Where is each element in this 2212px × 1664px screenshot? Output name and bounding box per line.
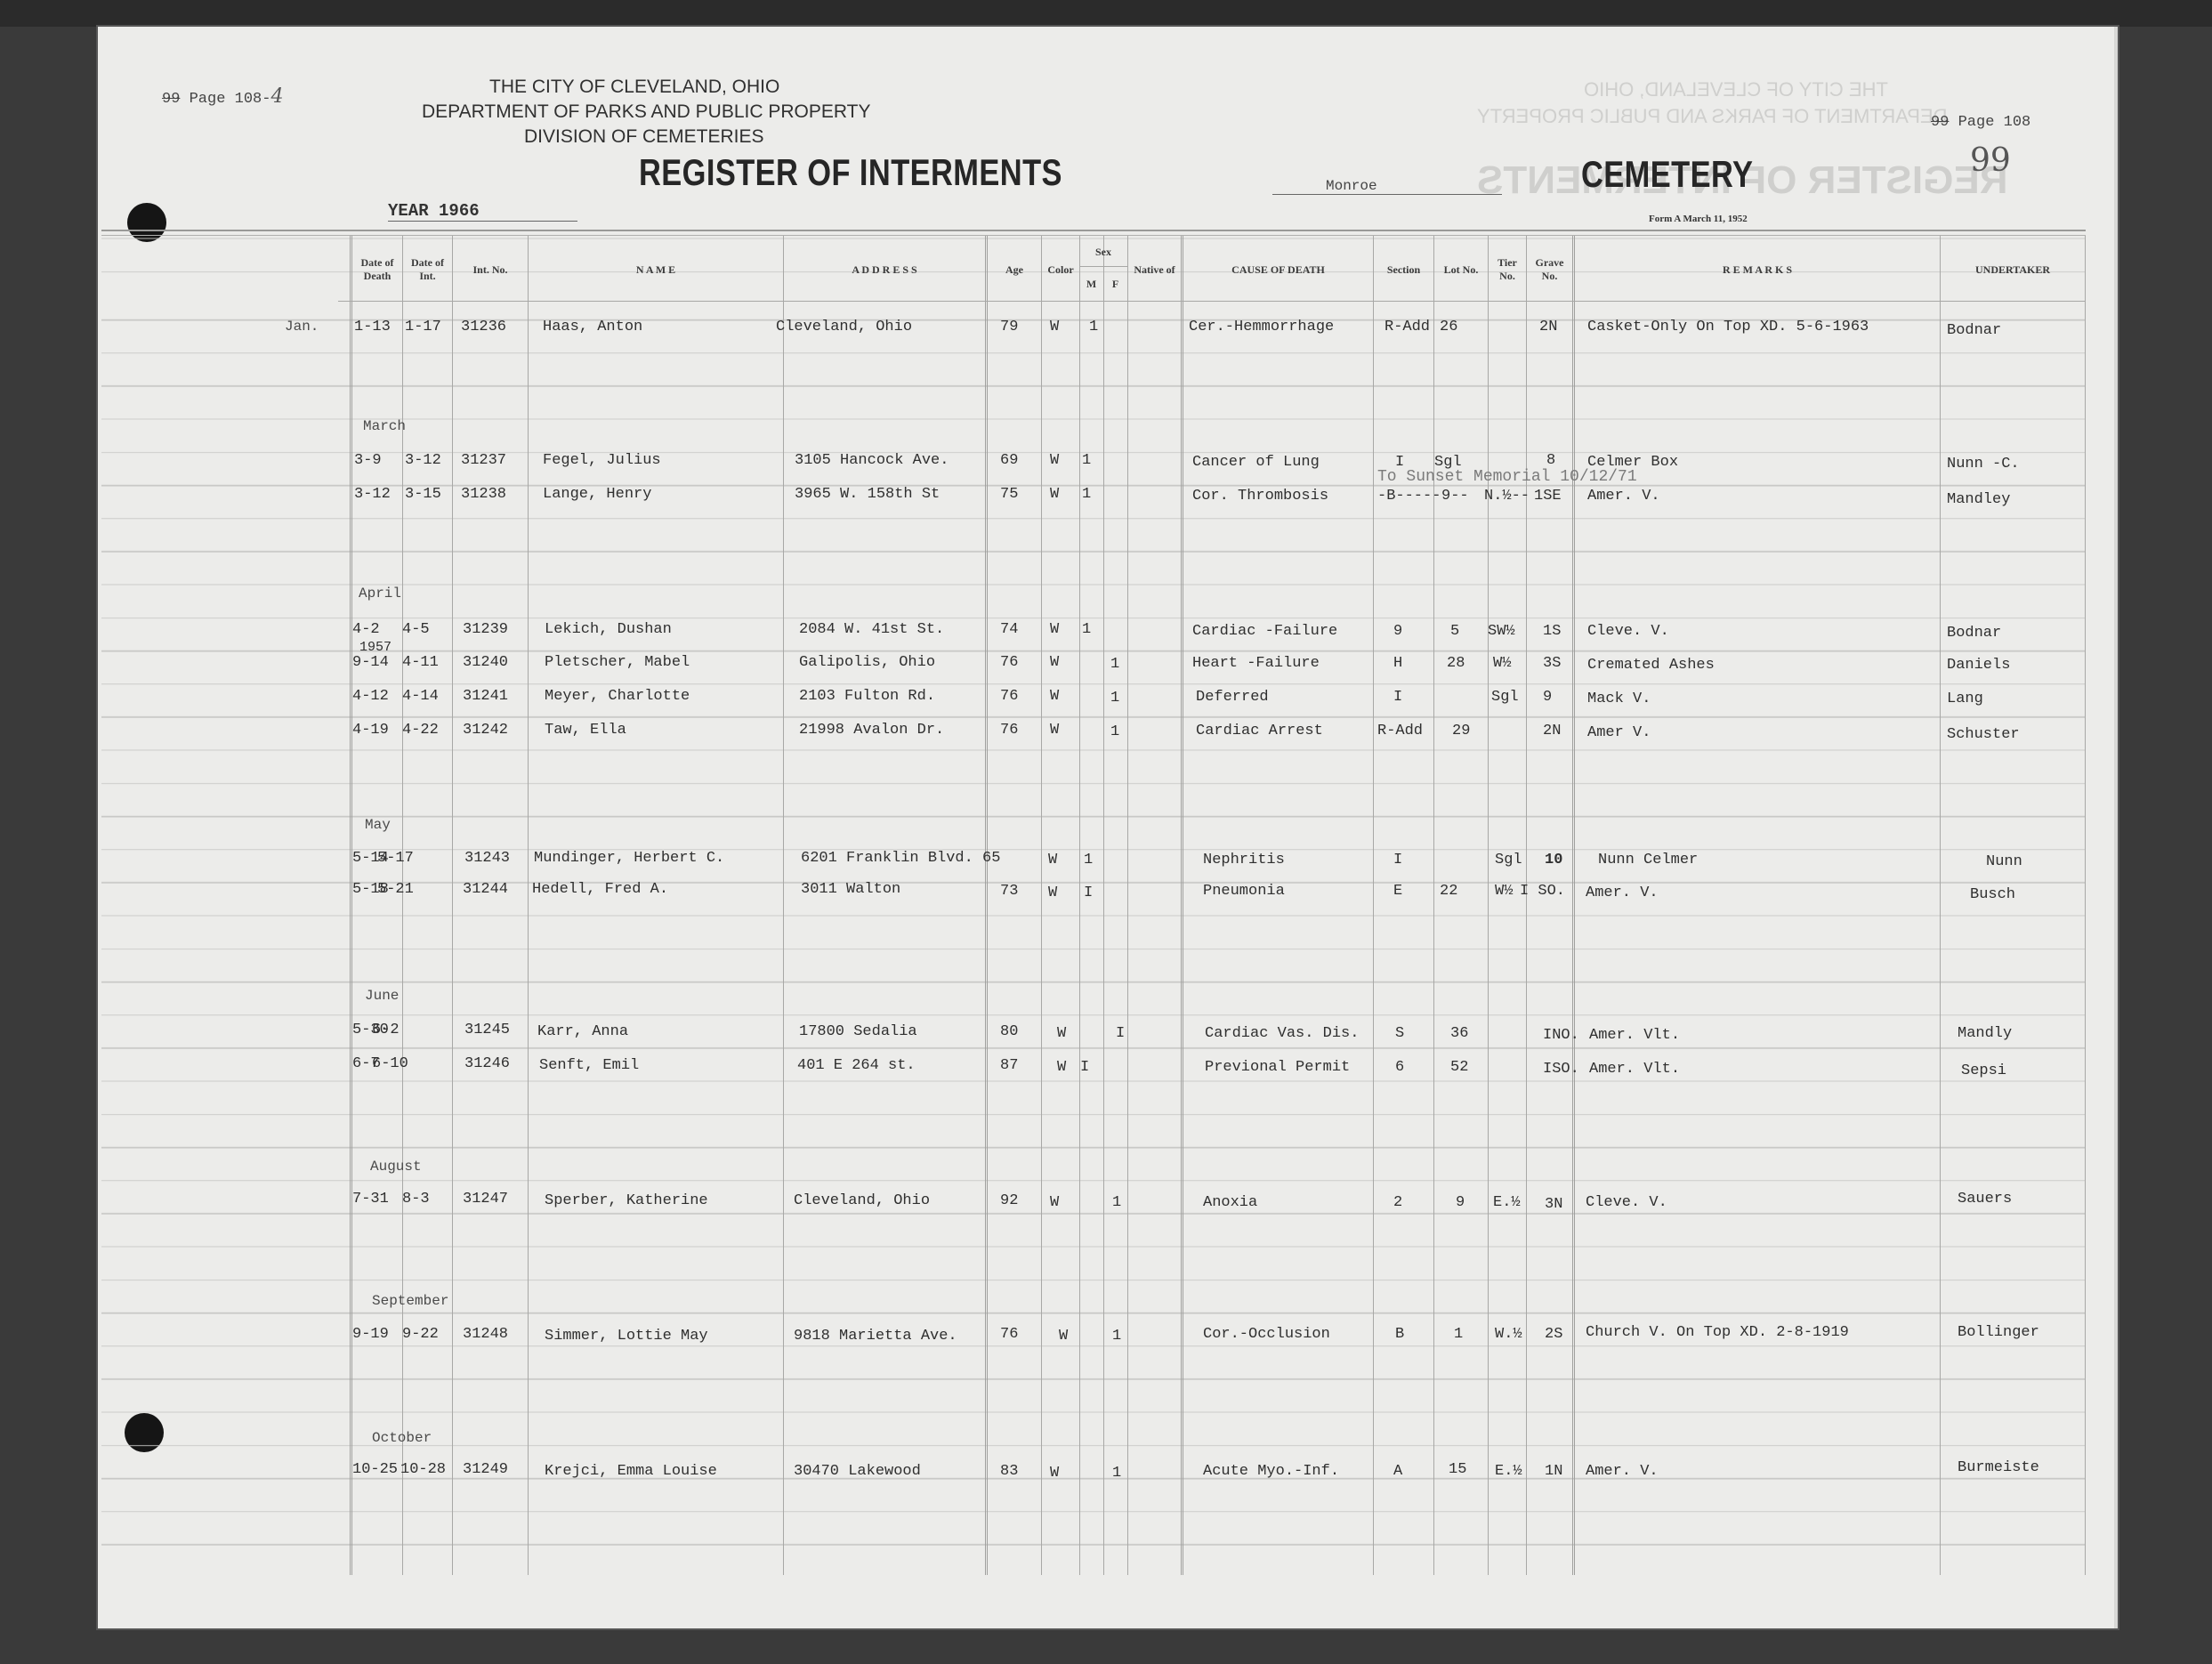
address: 401 E 264 st.: [797, 1057, 916, 1075]
cause-of-death: Deferred: [1196, 689, 1269, 707]
name: Meyer, Charlotte: [545, 688, 690, 706]
sex-m: I: [1080, 1059, 1089, 1077]
cause-of-death: Nephritis: [1203, 852, 1285, 869]
remarks: Cleve. V.: [1587, 623, 1669, 641]
cause-of-death: Cor.-Occlusion: [1203, 1326, 1330, 1344]
col-header-grave-no: Grave No.: [1527, 238, 1572, 301]
grave-no: INO.: [1543, 1027, 1579, 1045]
age: 92: [1000, 1192, 1018, 1210]
lot-no: 15: [1449, 1461, 1466, 1479]
sex-f: 1: [1112, 1194, 1121, 1212]
column-divider: [452, 236, 453, 1575]
color: W: [1050, 688, 1059, 706]
date-of-int: 8-3: [402, 1191, 430, 1208]
lot-no: 52: [1450, 1059, 1468, 1077]
section: I: [1393, 689, 1402, 707]
name: Senft, Emil: [539, 1057, 639, 1075]
remarks: Amer. V.: [1587, 488, 1660, 505]
color: W: [1048, 885, 1057, 902]
remarks: Church V. On Top XD. 2-8-1919: [1586, 1324, 1849, 1342]
address: 2084 W. 41st St.: [799, 621, 944, 639]
age: 65: [982, 850, 1000, 868]
month-label-august: August: [370, 1159, 422, 1175]
undertaker: Bodnar: [1947, 322, 2001, 340]
int-no: 31242: [463, 722, 508, 739]
int-no: 31248: [463, 1326, 508, 1344]
undertaker: Bollinger: [1958, 1324, 2039, 1342]
month-label-may: May: [365, 817, 391, 833]
section: S: [1395, 1025, 1404, 1043]
col-header-int-no: Int. No.: [453, 238, 528, 301]
name: Hedell, Fred A.: [532, 881, 668, 899]
sex-f: 1: [1110, 690, 1119, 707]
section: H: [1393, 655, 1402, 673]
lot-no: 36: [1450, 1025, 1468, 1043]
sex-f: 1: [1112, 1328, 1121, 1345]
undertaker: Busch: [1970, 886, 2015, 904]
undertaker: Sauers: [1958, 1191, 2012, 1208]
name: Sperber, Katherine: [545, 1192, 708, 1210]
undertaker: Lang: [1947, 691, 1983, 708]
date-of-death: 1-13: [354, 319, 391, 336]
color: W: [1050, 621, 1059, 639]
int-no: 31238: [461, 486, 506, 504]
name: Lekich, Dushan: [545, 621, 672, 639]
name: Mundinger, Herbert C.: [534, 850, 724, 868]
section: A: [1393, 1463, 1402, 1481]
col-header-address: A D D R E S S: [784, 238, 985, 301]
grave-no: 1S: [1543, 623, 1561, 641]
section: R-Add: [1377, 723, 1423, 740]
col-header-sex-m: M: [1079, 267, 1103, 301]
age: 74: [1000, 621, 1018, 639]
color: W: [1050, 486, 1059, 504]
name: Krejci, Emma Louise: [545, 1463, 717, 1481]
tier-no: E.½: [1493, 1194, 1521, 1212]
table-top-rule: [101, 230, 2086, 236]
col-header-sex-f: F: [1103, 267, 1127, 301]
column-divider: [1079, 236, 1080, 1575]
tier-no: N.½--: [1484, 488, 1530, 505]
column-divider: [1488, 236, 1489, 1575]
color: W: [1050, 319, 1059, 336]
date-of-death: 3-12: [354, 486, 391, 504]
address: 3105 Hancock Ave.: [795, 452, 949, 470]
scan-border: [0, 0, 2212, 27]
col-header-lot-no: Lot No.: [1434, 238, 1488, 301]
column-divider: [528, 236, 529, 1575]
sex-m: 1: [1084, 852, 1093, 869]
cause-of-death: Cer.-Hemmorrhage: [1189, 319, 1334, 336]
column-divider: [1433, 236, 1434, 1575]
date-of-death: 4-19: [352, 722, 389, 739]
age: 76: [1000, 722, 1018, 739]
struck-page-number: 99: [162, 91, 180, 108]
grave-no: 3N: [1545, 1196, 1562, 1214]
color: W: [1057, 1025, 1066, 1043]
col-header-date-of-int: Date of Int.: [403, 238, 452, 301]
date-of-death: 4-12: [352, 688, 389, 706]
tier-no: W½: [1493, 655, 1511, 673]
remarks: Mack V.: [1587, 691, 1651, 708]
date-of-int: 5-17: [377, 850, 414, 868]
name: Taw, Ella: [545, 722, 626, 739]
age: 73: [1000, 883, 1018, 901]
form-note: Form A March 11, 1952: [1649, 214, 1748, 224]
cause-of-death: Heart -Failure: [1192, 655, 1320, 673]
page-reference-left: 99 Page 108-4: [162, 85, 283, 108]
address: 9818 Marietta Ave.: [794, 1328, 957, 1345]
color: W: [1057, 1059, 1066, 1077]
undertaker: Bodnar: [1947, 625, 2001, 642]
undertaker: Sepsi: [1961, 1062, 2006, 1080]
section: 9: [1393, 623, 1402, 641]
name: Karr, Anna: [537, 1023, 628, 1041]
age: 80: [1000, 1023, 1018, 1041]
tier-no: SW½: [1488, 623, 1515, 641]
address: 2103 Fulton Rd.: [799, 688, 935, 706]
column-divider: [1103, 236, 1104, 1575]
cause-of-death: Anoxia: [1203, 1194, 1257, 1212]
undertaker: Burmeiste: [1958, 1459, 2039, 1477]
int-no: 31243: [464, 850, 510, 868]
relocation-note: To Sunset Memorial 10/12/71: [1377, 468, 1637, 486]
col-header-undertaker: UNDERTAKER: [1941, 238, 2085, 301]
section: R-Add: [1385, 319, 1430, 336]
lot-no: 26: [1440, 319, 1457, 336]
section: I: [1393, 852, 1402, 869]
sex-f: 1: [1110, 656, 1119, 674]
cause-of-death: Cardiac Arrest: [1196, 723, 1323, 740]
date-of-death: 7-31: [352, 1191, 389, 1208]
month-label-jan: Jan.: [285, 319, 319, 335]
name: Lange, Henry: [543, 486, 651, 504]
tier-no: W.½: [1495, 1326, 1522, 1344]
age: 69: [1000, 452, 1018, 470]
sex-m: 1: [1082, 621, 1091, 639]
remarks: Amer. Vlt.: [1589, 1027, 1680, 1045]
cemetery-label: CEMETERY: [1581, 153, 1753, 196]
date-of-int: 4-22: [402, 722, 439, 739]
int-no: 31236: [461, 319, 506, 336]
grave-no: 2N: [1539, 319, 1557, 336]
date-of-death: 10-25: [352, 1461, 398, 1479]
column-divider: [783, 236, 784, 1575]
column-divider: [1940, 236, 1941, 1575]
section: B: [1395, 1326, 1404, 1344]
sex-m: 1: [1089, 319, 1098, 336]
grave-no: I SO.: [1520, 883, 1565, 901]
col-header-cause-of-death: CAUSE OF DEATH: [1183, 238, 1373, 301]
undertaker: Nunn: [1986, 853, 2022, 871]
tier-no: W½: [1495, 883, 1513, 901]
sex-m: 1: [1082, 486, 1091, 504]
int-no: 31241: [463, 688, 508, 706]
struck-page-number: 99: [1931, 114, 1949, 131]
page-reference-text: Page 108: [1958, 114, 2031, 131]
col-header-sex: Sex: [1079, 238, 1127, 265]
cause-of-death: Cardiac -Failure: [1192, 623, 1337, 641]
tier-no: Sgl: [1491, 689, 1519, 707]
date-of-death: 9-19: [352, 1326, 389, 1344]
col-header-color: Color: [1042, 238, 1079, 301]
ruled-grid: [101, 236, 2086, 1575]
int-no: 31247: [463, 1191, 508, 1208]
remarks: Amer. Vlt.: [1589, 1061, 1680, 1078]
date-of-int: 4-11: [402, 654, 439, 672]
sex-m: I: [1084, 885, 1093, 902]
column-divider: [1041, 236, 1042, 1575]
lot-no: 5: [1450, 623, 1459, 641]
column-divider: [985, 236, 988, 1575]
date-of-int: 9-22: [402, 1326, 439, 1344]
color: W: [1059, 1328, 1068, 1345]
int-no: 31240: [463, 654, 508, 672]
column-divider: [2085, 236, 2086, 1575]
org-line-city: THE CITY OF CLEVELAND, OHIO: [489, 77, 779, 98]
undertaker: Schuster: [1947, 726, 2020, 744]
handwritten-page-number: 99: [1970, 142, 2011, 179]
date-of-int: 4-14: [402, 688, 439, 706]
section: -B-----: [1377, 488, 1441, 505]
lot-no: 28: [1447, 655, 1465, 673]
grave-no: ISO.: [1543, 1061, 1579, 1078]
address: 3011 Walton: [801, 881, 900, 899]
column-divider: [1526, 236, 1527, 1575]
date-of-death: 9-14: [352, 654, 389, 672]
address: 6201 Franklin Blvd.: [801, 850, 973, 868]
int-no: 31246: [464, 1055, 510, 1073]
section: 2: [1393, 1194, 1402, 1212]
col-header-date-of-death: Date of Death: [352, 238, 402, 301]
month-label-june: June: [365, 988, 399, 1004]
bleed-through: THE CITY OF CLEVELAND, OHIO: [1584, 78, 1888, 101]
grave-no: 8: [1546, 452, 1555, 470]
grave-no: 2N: [1543, 723, 1561, 740]
age: 83: [1000, 1463, 1018, 1481]
column-divider: [1572, 236, 1575, 1575]
int-no: 31244: [463, 881, 508, 899]
date-of-int: 6-10: [372, 1055, 408, 1073]
grave-no: 1N: [1545, 1463, 1562, 1481]
date-of-int: 4-5: [402, 621, 430, 639]
tier-no: E.½: [1495, 1463, 1522, 1481]
tier-no: Sgl: [1495, 852, 1522, 869]
bleed-through: DEPARTMENT OF PARKS AND PUBLIC PROPERTY: [1477, 105, 1948, 128]
page-reference-right: 99 Page 108: [1931, 114, 2030, 131]
col-header-section: Section: [1374, 238, 1433, 301]
color: W: [1050, 452, 1059, 470]
remarks: Amer. V.: [1586, 1463, 1659, 1481]
int-no: 31239: [463, 621, 508, 639]
address: Cleveland, Ohio: [776, 319, 912, 336]
cause-of-death: Cancer of Lung: [1192, 454, 1320, 472]
age: 76: [1000, 1326, 1018, 1344]
org-line-division: DIVISION OF CEMETERIES: [524, 126, 764, 148]
undertaker: Mandly: [1958, 1025, 2012, 1043]
grave-no: 9: [1543, 689, 1552, 707]
age: 75: [1000, 486, 1018, 504]
address: Galipolis, Ohio: [799, 654, 935, 672]
column-divider: [1127, 236, 1128, 1575]
lot-no: 1: [1454, 1326, 1463, 1344]
undertaker: Mandley: [1947, 491, 2010, 509]
remarks: Cleve. V.: [1586, 1194, 1667, 1212]
undertaker: Nunn -C.: [1947, 456, 2020, 473]
address: Cleveland, Ohio: [794, 1192, 930, 1210]
section: E: [1393, 883, 1402, 901]
date-of-int: 6-2: [372, 1022, 400, 1039]
name: Haas, Anton: [543, 319, 642, 336]
sex-f: 1: [1110, 723, 1119, 741]
month-label-april: April: [359, 586, 401, 602]
int-no: 31249: [463, 1461, 508, 1479]
handwritten-suffix: 4: [270, 85, 283, 108]
grave-no: 10: [1545, 852, 1562, 869]
date-of-int: 5-21: [377, 881, 414, 899]
name: Fegel, Julius: [543, 452, 661, 470]
page-reference-text: Page 108-: [190, 91, 271, 108]
cause-of-death: Cardiac Vas. Dis.: [1205, 1025, 1359, 1043]
col-header-name: N A M E: [529, 238, 783, 301]
lot-no: 9--: [1441, 488, 1469, 505]
cause-of-death: Cor. Thrombosis: [1192, 488, 1328, 505]
lot-no: 9: [1456, 1194, 1465, 1212]
address: 30470 Lakewood: [794, 1463, 921, 1481]
address: 3965 W. 158th St: [795, 486, 940, 504]
cause-of-death: Acute Myo.-Inf.: [1203, 1463, 1339, 1481]
grave-no: 3S: [1543, 655, 1561, 673]
remarks: Cremated Ashes: [1587, 657, 1715, 674]
page-edge: [2114, 27, 2118, 1628]
col-header-native-of: Native of: [1128, 238, 1181, 301]
page-title: REGISTER OF INTERMENTS: [639, 151, 1062, 194]
column-divider: [402, 236, 403, 1575]
column-divider: [1181, 236, 1183, 1575]
color: W: [1050, 1194, 1059, 1212]
age: 76: [1000, 688, 1018, 706]
sex-f: I: [1116, 1025, 1125, 1043]
date-of-int: 1-17: [405, 319, 441, 336]
cause-of-death: Prevional Permit: [1205, 1059, 1350, 1077]
age: 76: [1000, 654, 1018, 672]
int-no: 31237: [461, 452, 506, 470]
col-header-remarks: R E M A R K S: [1575, 238, 1940, 301]
remarks: Amer V.: [1587, 724, 1651, 742]
col-header-age: Age: [988, 238, 1041, 301]
grave-no: 2S: [1545, 1326, 1562, 1344]
sex-m: 1: [1082, 452, 1091, 470]
lot-no: 22: [1440, 883, 1457, 901]
date-of-int: 10-28: [400, 1461, 446, 1479]
org-line-department: DEPARTMENT OF PARKS AND PUBLIC PROPERTY: [422, 101, 871, 123]
grave-no: 1SE: [1534, 488, 1562, 505]
address: 17800 Sedalia: [799, 1023, 917, 1041]
color: W: [1050, 654, 1059, 672]
color: W: [1048, 852, 1057, 869]
name: Pletscher, Mabel: [545, 654, 690, 672]
remarks: Amer. V.: [1586, 885, 1659, 902]
lot-no: 29: [1452, 723, 1470, 740]
color: W: [1050, 1465, 1059, 1482]
name: Simmer, Lottie May: [545, 1328, 708, 1345]
column-divider: [1373, 236, 1374, 1575]
month-label-march: March: [363, 418, 406, 434]
month-label-october: October: [372, 1430, 432, 1446]
date-of-int: 3-12: [405, 452, 441, 470]
date-of-death: 4-2: [352, 621, 380, 639]
sex-f: 1: [1112, 1465, 1121, 1482]
undertaker: Daniels: [1947, 657, 2010, 674]
int-no: 31245: [464, 1022, 510, 1039]
date-of-int: 3-15: [405, 486, 441, 504]
year-field: YEAR 1966: [388, 201, 577, 222]
section: 6: [1395, 1059, 1404, 1077]
remarks: Nunn Celmer: [1598, 852, 1698, 869]
remarks: Casket-Only On Top XD. 5-6-1963: [1587, 319, 1869, 336]
age: 87: [1000, 1057, 1018, 1075]
cause-of-death: Pneumonia: [1203, 883, 1285, 901]
color: W: [1050, 722, 1059, 739]
age: 79: [1000, 319, 1018, 336]
col-header-tier-no: Tier No.: [1489, 238, 1526, 301]
address: 21998 Avalon Dr.: [799, 722, 944, 739]
date-of-death: 3-9: [354, 452, 382, 470]
header-underline: [338, 301, 2086, 302]
month-label-september: September: [372, 1293, 448, 1309]
cemetery-name-field: Monroe: [1272, 178, 1502, 195]
column-divider: [350, 236, 352, 1575]
